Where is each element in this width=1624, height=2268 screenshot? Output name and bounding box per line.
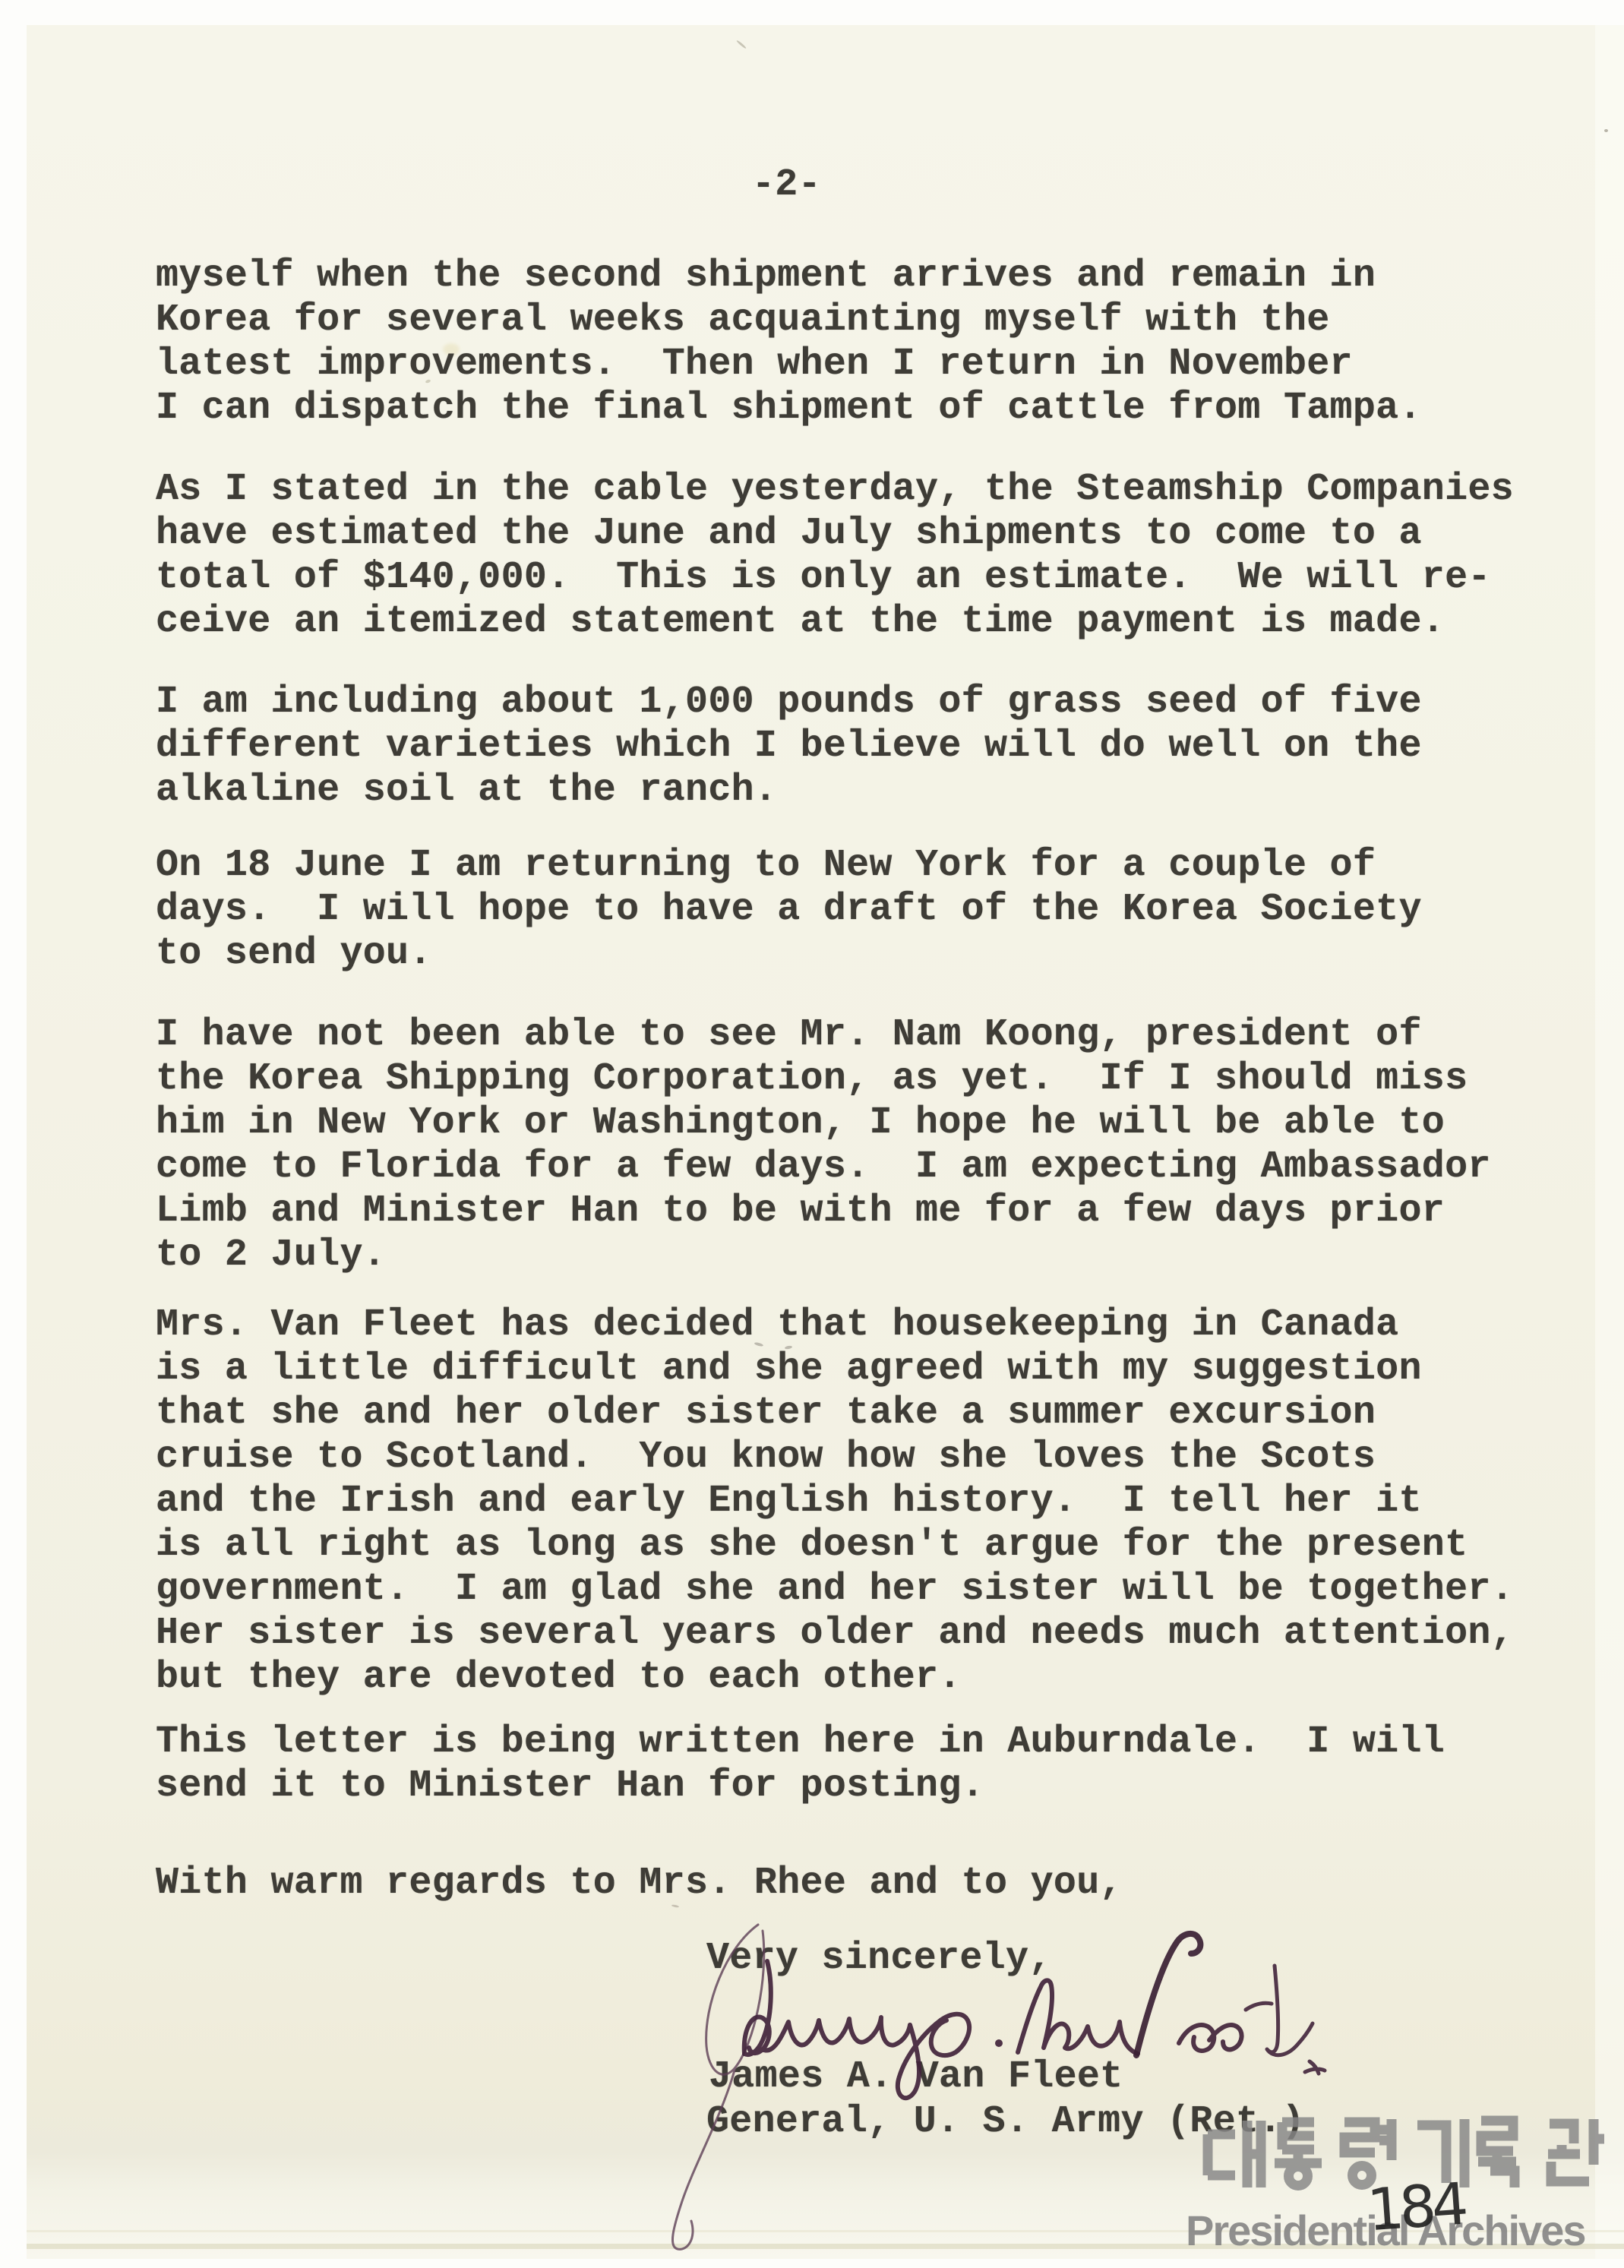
dust-speck: [1604, 129, 1608, 132]
letter-paragraph-2: As I stated in the cable yesterday, the …: [156, 468, 1514, 644]
page-number-header: -2-: [752, 163, 821, 207]
letter-paragraph-5: I have not been able to see Mr. Nam Koon…: [156, 1013, 1491, 1278]
letter-scan-page: -2- myself when the second shipment arri…: [0, 0, 1624, 2268]
letter-paragraph-1: myself when the second shipment arrives …: [156, 254, 1422, 431]
scan-edge-highlight: [1595, 25, 1624, 2259]
letter-paragraph-8: With warm regards to Mrs. Rhee and to yo…: [156, 1862, 1123, 1906]
letter-paragraph-3: I am including about 1,000 pounds of gra…: [156, 681, 1422, 813]
page-number-stamp: 184: [1366, 2175, 1466, 2240]
letter-paragraph-7: This letter is being written here in Aub…: [156, 1720, 1445, 1808]
letter-paragraph-4: On 18 June I am returning to New York fo…: [156, 844, 1422, 976]
letter-paragraph-6: Mrs. Van Fleet has decided that housekee…: [156, 1303, 1514, 1700]
signature-handwriting: [592, 1914, 1352, 2268]
